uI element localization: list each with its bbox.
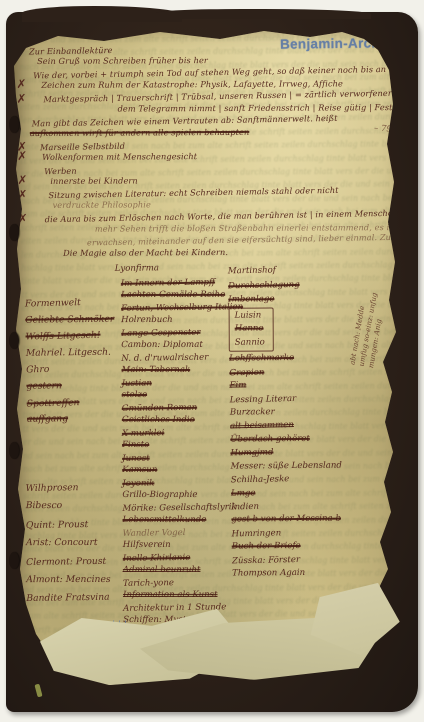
handwritten-text: Wolkenformen mit Menschengesicht — [42, 150, 197, 163]
list-item: Thompson Again — [232, 566, 362, 581]
handwritten-text: Holrenbuch — [121, 314, 173, 327]
handwritten-text: Justian — [121, 377, 151, 390]
handwritten-text: aufkommen wirft für andern alle spielen … — [30, 126, 250, 139]
binding-stitch-bump — [9, 116, 19, 133]
list-item: Admiral beunruht — [123, 564, 249, 577]
handwritten-text: Inello Khirlanie — [123, 551, 191, 564]
handwritten-text: Sein Gruß vom Schreiben früher bis her — [37, 54, 208, 67]
handwritten-text: Tarich-yone — [123, 577, 174, 590]
column-header: Martinshof — [228, 263, 358, 279]
handwritten-text: gestern — [26, 378, 62, 395]
binding-stitch-bump — [9, 224, 19, 241]
binding-stitch-bump — [9, 332, 19, 349]
list-item: Mörike: Gesellschaftslyrik — [122, 501, 248, 515]
list-item: Tarich-yone — [123, 576, 249, 590]
list-item: Finsto — [122, 439, 248, 452]
handwritten-text: Bandite Fratsvina — [26, 589, 109, 609]
list-item: Hilfsverein — [123, 539, 249, 552]
handwritten-text: Lebensmittelkunde — [123, 514, 207, 527]
handwritten-text: Imbenlage — [228, 293, 274, 307]
handwritten-text: Burzacker — [230, 406, 275, 420]
handwritten-text: Wolffs Litgesch! — [25, 328, 100, 346]
handwritten-text: Admiral beunruht — [123, 564, 201, 577]
handwritten-text: Hanno — [235, 323, 264, 336]
list-item: Schilha-Jeske — [231, 472, 361, 488]
handwritten-text: Spottreffen — [27, 395, 80, 413]
handwritten-text: Finsto — [122, 439, 149, 452]
list-item: Lebensmittelkunde — [123, 514, 249, 527]
handwritten-text: Lohffschmarke — [229, 352, 294, 366]
column-items: DurchschlagungImbenlageLuisinHannoSannio… — [228, 279, 362, 582]
binding-stitch-bump — [9, 442, 19, 459]
handwritten-text: Kamsun — [122, 464, 157, 477]
handwritten-text: Hilfsverein — [123, 539, 171, 552]
list-item: Grillo-Biographie — [122, 489, 248, 502]
list-item: Imbenlage — [228, 292, 358, 307]
handwritten-text: stolze — [122, 389, 147, 402]
handwritten-text: Mörike: Gesellschaftslyrik — [122, 501, 236, 515]
handwritten-text: Joyonik — [122, 477, 154, 490]
handwritten-text: Wandler Vogel — [123, 526, 186, 539]
handwritten-text: Überdach gehöret — [230, 433, 310, 447]
x-mark-icon: ✗ — [17, 189, 27, 201]
handwritten-text: Geistliches Indio — [122, 414, 195, 427]
handwritten-text: Junost — [122, 452, 150, 465]
x-mark-icon: ✗ — [17, 150, 27, 162]
handwritten-text: Bibesco — [26, 497, 62, 515]
handwritten-text: Arist: Concourt — [26, 534, 98, 553]
list-item: Joyonik — [122, 476, 248, 490]
handwritten-text: Quint: Proust — [26, 516, 89, 535]
list-item: Hanno — [235, 323, 265, 336]
handwritten-text: Almont: Mencines — [26, 571, 110, 590]
handwritten-text: Fim — [229, 380, 246, 394]
handwritten-text: Formenwelt — [25, 295, 81, 313]
handwritten-text: X murklei — [122, 427, 165, 440]
handwritten-text: Thompson Again — [232, 567, 305, 581]
x-mark-icon: ✗ — [18, 213, 28, 225]
handwritten-text: Luisin — [235, 310, 262, 324]
handwritten-text: Die Magie also der Macht bei Kindern. — [63, 246, 228, 259]
handwritten-text: Buch der Briefe — [232, 540, 301, 554]
handwritten-text: Grillo-Biographie — [122, 489, 197, 502]
boxed-group: LuisinHannoSannio — [229, 308, 274, 352]
list-item: Buch der Briefe — [232, 540, 362, 555]
handwritten-text: Im Innern der Lampff — [121, 276, 215, 290]
x-mark-icon: ✗ — [16, 78, 26, 90]
handwritten-text: verdruckte Philosophie — [53, 198, 151, 211]
handwritten-text: innerste bei Kindern — [50, 174, 138, 186]
top-notes-block: Zur EinbandlektüreSein Gruß vom Schreibe… — [29, 40, 409, 260]
handwritten-text: Schilha-Jeske — [231, 473, 290, 488]
handwritten-text: Wilhprosen — [25, 479, 78, 498]
list-item: Inello Khirlanie — [123, 551, 249, 565]
handwritten-text: alt beisammen — [230, 419, 294, 434]
binding-stitch-bump — [9, 552, 19, 569]
handwritten-text: Lachten Gemälde Reihe — [121, 289, 225, 302]
list-item: Sannio — [235, 336, 265, 350]
list-column-right: Martinshof DurchschlagungImbenlageLuisin… — [228, 263, 362, 581]
list-item: Architektur in 1 Stunde — [123, 601, 249, 615]
list-item: Kamsun — [122, 464, 248, 477]
handwritten-text: gest b von der Messina-b — [231, 513, 341, 527]
handwritten-text: auffgang — [27, 411, 68, 428]
handwritten-line: Die Magie also der Macht bei Kindern. — [31, 245, 409, 259]
x-mark-icon: ✗ — [17, 174, 27, 186]
handwritten-text: Durchschlagung — [228, 279, 300, 294]
list-item: Junost — [122, 451, 248, 465]
handwritten-text: Geliebte Schmöker — [25, 311, 114, 329]
handwritten-text: Mahriel. Litgesch. — [26, 344, 111, 362]
handwritten-text: Fortun, Wechselburg Italien — [121, 301, 243, 315]
manuscript-page-area: der die und sein nach bei zum alte schri… — [12, 24, 410, 708]
list-item: Wandler Vogel — [123, 526, 249, 540]
handwritten-text: N. d. d'ruwalrischer — [121, 351, 208, 365]
list-item: Information als Kunst — [123, 589, 249, 602]
handwritten-text: Sannio — [235, 336, 265, 350]
handwritten-text: Clermont: Proust — [26, 552, 106, 572]
handwritten-text: Humgjmd — [230, 447, 273, 461]
handwritten-text: Gmünden Roman — [122, 401, 198, 415]
handwritten-text: Information als Kunst — [123, 589, 218, 602]
handwritten-text: Lange Gespenster — [121, 326, 200, 340]
handwritten-text: Ghro — [26, 362, 50, 379]
list-item: Luisin — [235, 310, 265, 324]
handwritten-text: Lmge — [231, 487, 256, 501]
column-header: Lyonfirma — [107, 261, 247, 276]
handwritten-text: Cambon: Diplomat — [121, 339, 203, 352]
handwritten-text: Main: Tabornak — [121, 364, 190, 377]
x-mark-icon: ✗ — [16, 93, 26, 105]
